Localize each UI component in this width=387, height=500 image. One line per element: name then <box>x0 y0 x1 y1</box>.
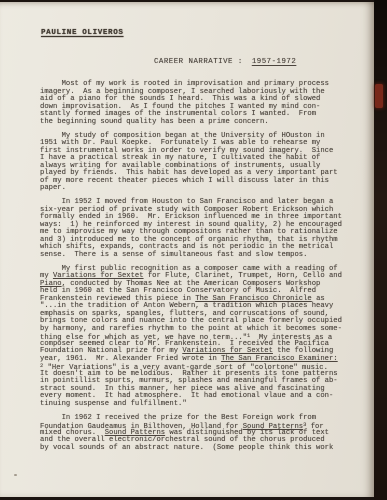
author-name: PAULINE OLIVEROS <box>41 29 124 37</box>
paper-speck <box>14 474 17 476</box>
doc-title-label: CAREER NARRATIVE : <box>154 58 243 66</box>
doc-title-dates: 1957-1972 <box>252 58 296 66</box>
paragraph: Most of my work is rooted in improvisati… <box>40 81 352 126</box>
paragraph: My study of composition began at the Uni… <box>40 133 352 193</box>
scan-frame: PAULINE OLIVEROS CAREER NARRATIVE :1957-… <box>0 0 387 500</box>
text-line: paper. <box>40 185 352 193</box>
doc-title: CAREER NARRATIVE :1957-1972 <box>154 58 296 66</box>
paragraph: My first public recognition as a compose… <box>40 266 352 409</box>
right-border <box>374 0 387 500</box>
text-line: sense. There is a sense of simultaneous … <box>40 252 352 260</box>
document-body: Most of my work is rooted in improvisati… <box>40 81 352 459</box>
text-line: by vocal sounds of an abstract nature. (… <box>40 445 352 453</box>
paragraph: In 1962 I received the prize for the Bes… <box>40 415 352 453</box>
red-edge-mark <box>375 84 383 108</box>
text-line: In 1962 I received the prize for the Bes… <box>40 415 352 423</box>
text-line: tinuing suspense and fulfillment." <box>40 401 352 409</box>
text-line: of my more recent theater pieces which I… <box>40 178 352 186</box>
paper-speck <box>112 120 114 122</box>
paper: PAULINE OLIVEROS CAREER NARRATIVE :1957-… <box>0 2 374 497</box>
text-line: the beginning sound quality has been a p… <box>40 119 352 127</box>
paragraph: In 1952 I moved from Houston to San Fran… <box>40 199 352 259</box>
text-line: by harmony, and rarefies rhythm to the p… <box>40 326 352 334</box>
text-line: year, 1961. Mr. Alexander Fried wrote in… <box>40 356 352 364</box>
